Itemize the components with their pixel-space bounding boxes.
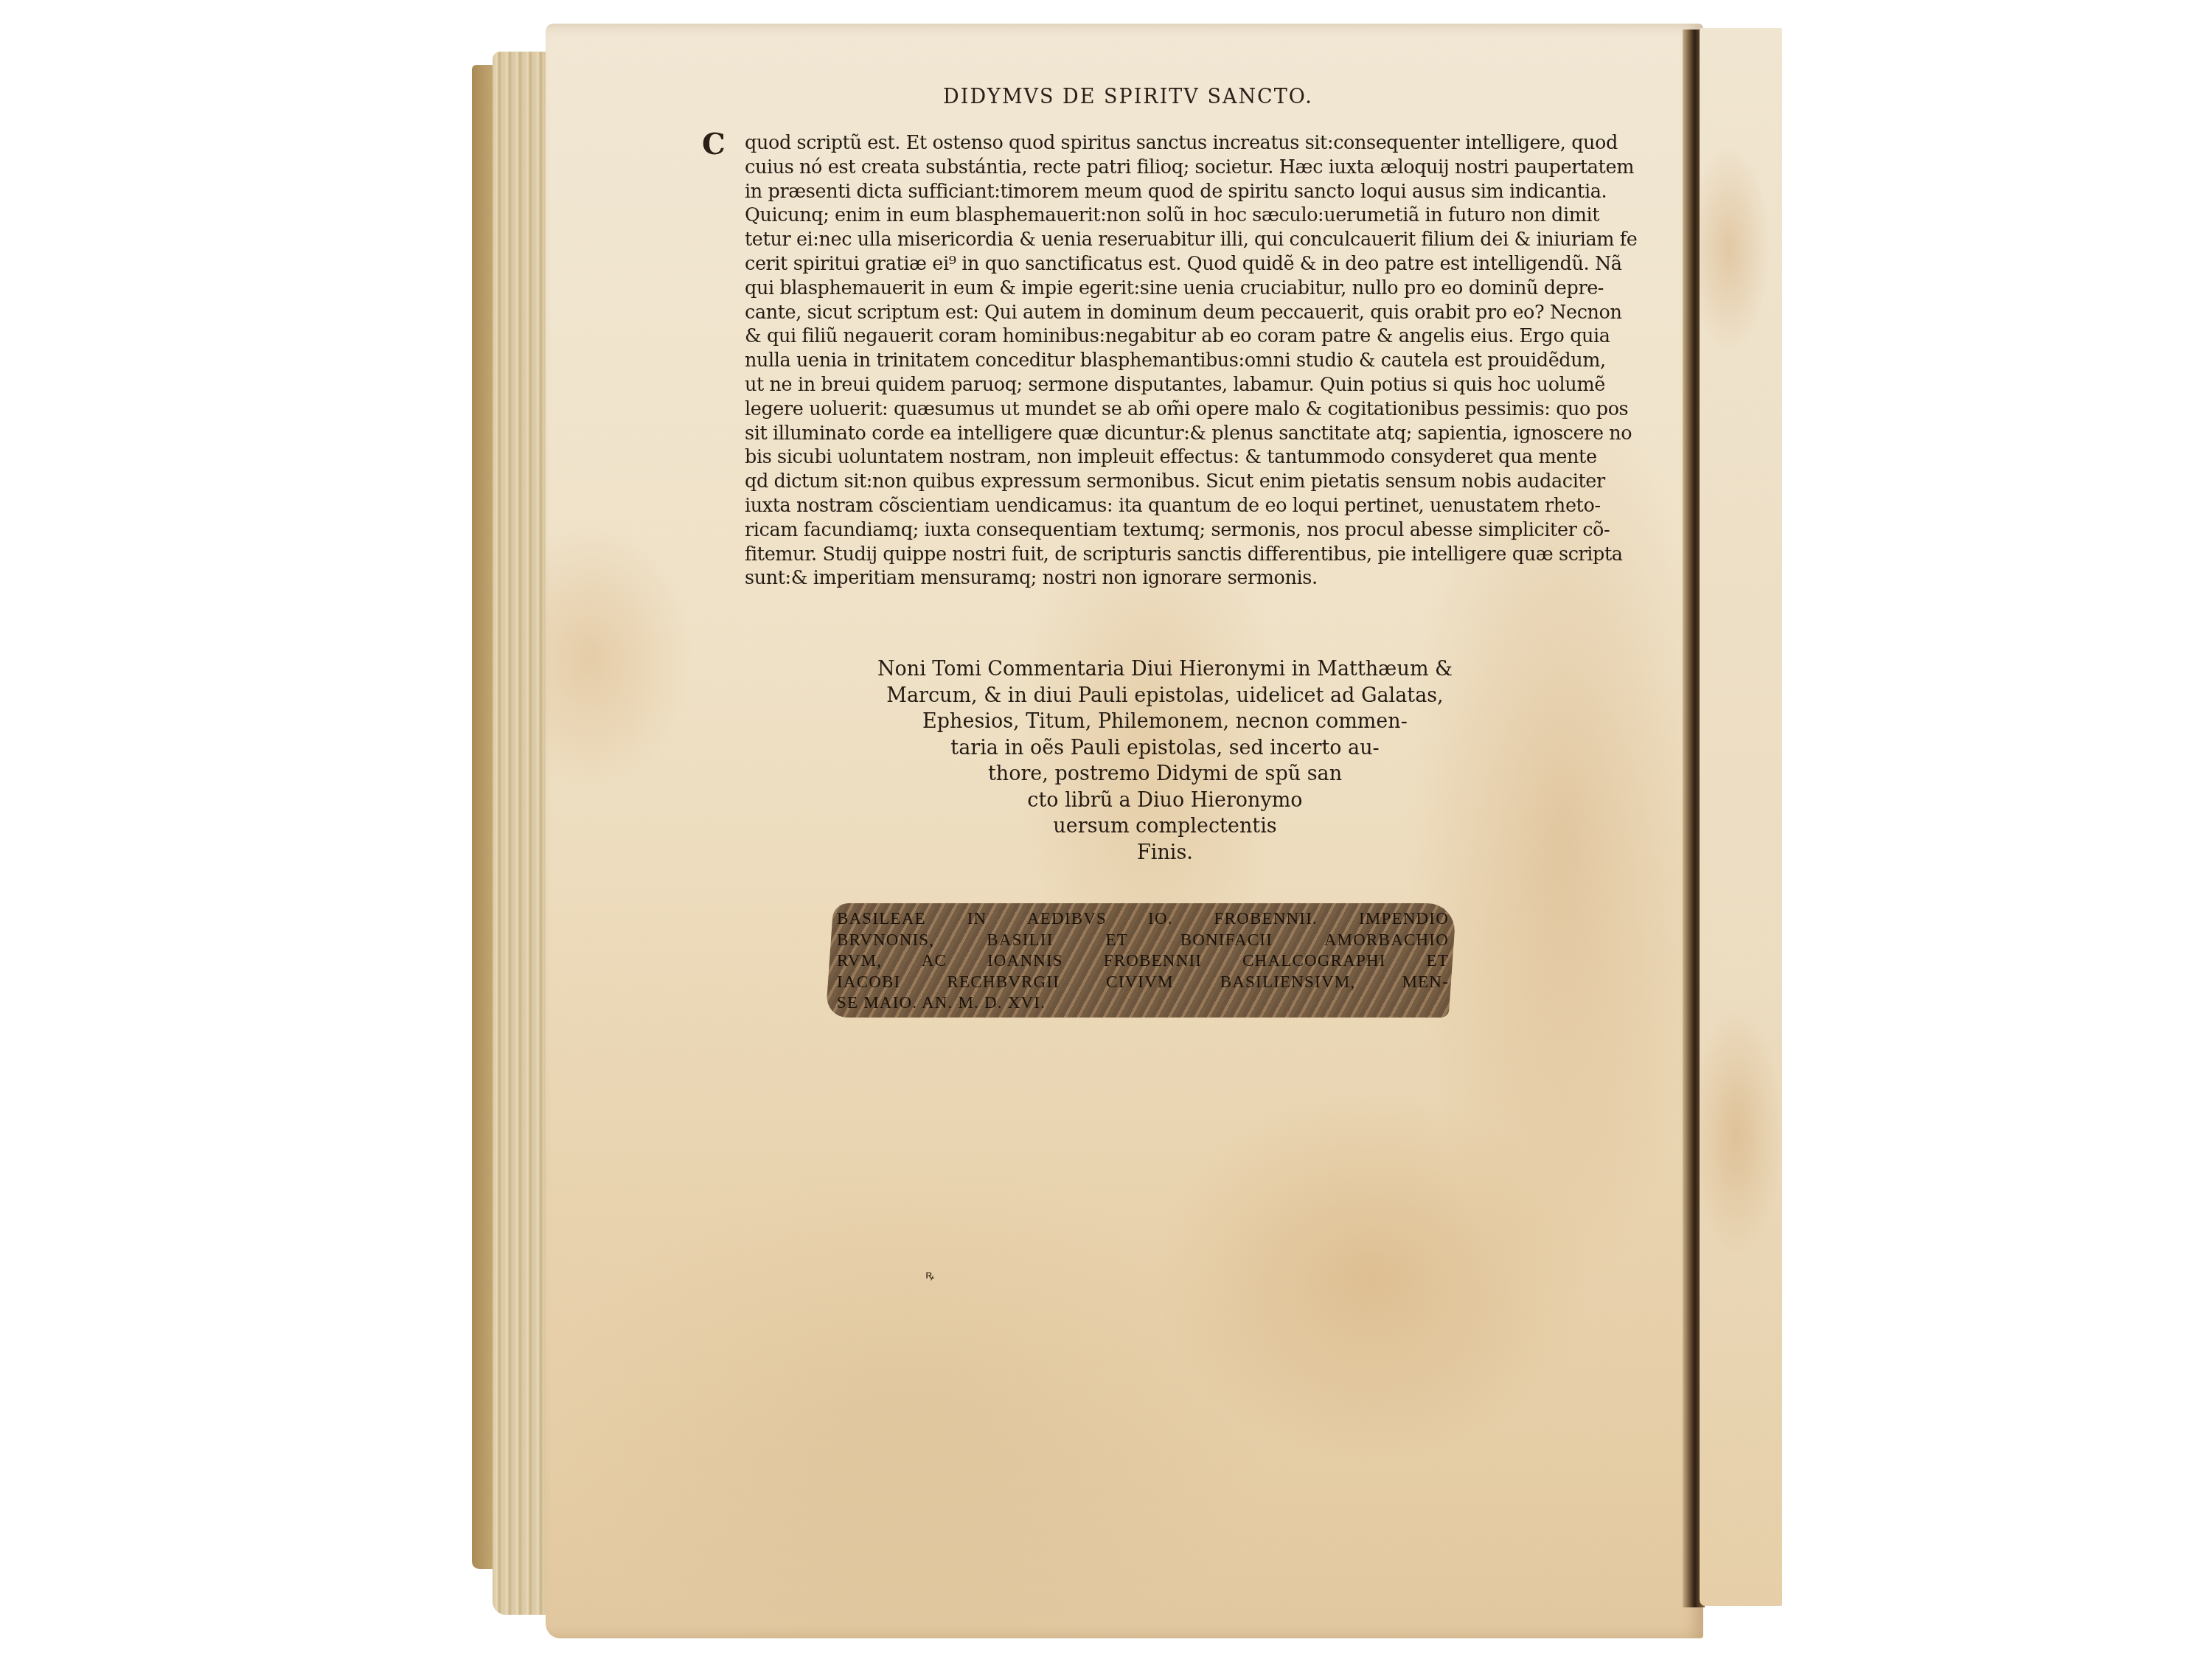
- colophon-line: taria in oẽs Pauli epistolas, sed incert…: [833, 735, 1497, 762]
- body-line: tetur ei:nec ulla misericordia & uenia r…: [745, 228, 1585, 252]
- body-line: sit illuminato corde ea intelligere quæ …: [745, 422, 1585, 446]
- imprint-line: IACOBI RECHBVRGII CIVIVM BASILIENSIVM, M…: [837, 972, 1449, 993]
- body-line: bis sicubi uoluntatem nostram, non imple…: [745, 445, 1585, 470]
- body-line: cuius nó est creata substántia, recte pa…: [745, 156, 1585, 180]
- body-line: ricam facundiamq; iuxta consequentiam te…: [745, 518, 1585, 543]
- body-line: & qui filiũ negauerit coram hominibus:ne…: [745, 324, 1585, 349]
- printer-imprint: BASILEAE IN AEDIBVS IO. FROBENNII. IMPEN…: [837, 908, 1449, 1014]
- colophon-line: Noni Tomi Commentaria Diui Hieronymi in …: [833, 656, 1497, 683]
- body-line: ut ne in breui quidem paruoq; sermone di…: [745, 373, 1585, 397]
- body-line: quod scriptũ est. Et ostenso quod spirit…: [745, 131, 1585, 156]
- running-head: DIDYMVS DE SPIRITV SANCTO.: [936, 86, 1320, 108]
- body-line: cerit spiritui gratiæ ei⁹ in quo sanctif…: [745, 252, 1585, 276]
- body-line: iuxta nostram cõscientiam uendicamus: it…: [745, 494, 1585, 518]
- right-page-sliver: [1700, 28, 1782, 1606]
- body-line: fitemur. Studij quippe nostri fuit, de s…: [745, 543, 1585, 567]
- colophon-line: uersum complectentis: [833, 813, 1497, 840]
- body-text: quod scriptũ est. Et ostenso quod spirit…: [745, 131, 1585, 591]
- colophon-line: thore, postremo Didymi de spũ san: [833, 761, 1497, 787]
- body-line: qui blasphemauerit in eum & impie egerit…: [745, 276, 1585, 301]
- body-line: sunt:& imperitiam mensuramq; nostri non …: [745, 566, 1585, 591]
- colophon-line: Finis.: [833, 840, 1497, 866]
- body-line: cante, sicut scriptum est: Qui autem in …: [745, 301, 1585, 325]
- imprint-line: SE MAIO. AN. M. D. XVI.: [837, 992, 1449, 1014]
- body-line: in præsenti dicta sufficiant:timorem meu…: [745, 180, 1585, 204]
- body-line: qd dictum sit:non quibus expressum sermo…: [745, 470, 1585, 494]
- drop-initial: C: [702, 127, 726, 161]
- body-line: Quicunq; enim in eum blasphemauerit:non …: [745, 204, 1585, 228]
- body-line: nulla uenia in trinitatem conceditur bla…: [745, 349, 1585, 373]
- colophon-line: Marcum, & in diui Pauli epistolas, uidel…: [833, 683, 1497, 709]
- stray-ink-mark: ꝶ: [925, 1266, 934, 1282]
- colophon-line: cto librũ a Diuo Hieronymo: [833, 787, 1497, 814]
- imprint-line: RVM, AC IOANNIS FROBENNII CHALCOGRAPHI E…: [837, 950, 1449, 972]
- body-line: legere uoluerit: quæsumus ut mundet se a…: [745, 397, 1585, 422]
- colophon: Noni Tomi Commentaria Diui Hieronymi in …: [833, 656, 1497, 866]
- imprint-line: BASILEAE IN AEDIBVS IO. FROBENNII. IMPEN…: [837, 908, 1449, 930]
- colophon-line: Ephesios, Titum, Philemonem, necnon comm…: [833, 709, 1497, 735]
- imprint-line: BRVNONIS, BASILII ET BONIFACII AMORBACHI…: [837, 930, 1449, 951]
